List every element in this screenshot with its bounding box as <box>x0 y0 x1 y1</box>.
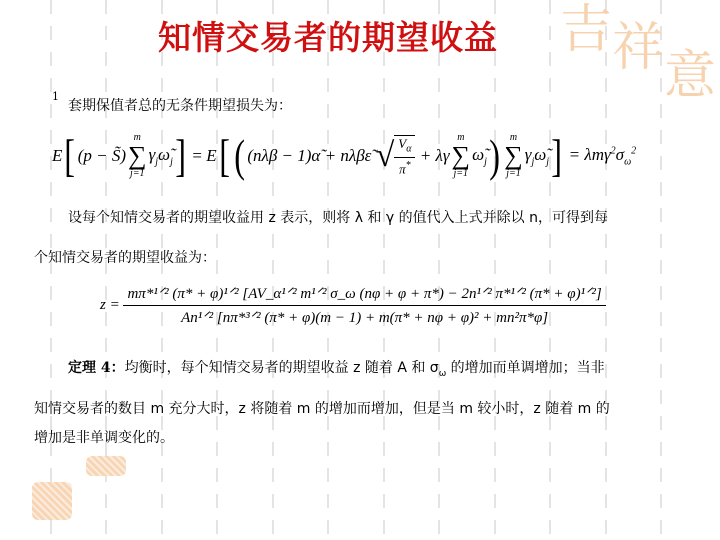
seal-stamp-small <box>86 456 126 476</box>
math-term: (p − S̃) <box>78 146 126 165</box>
corner-calligraphy-decoration: 吉 祥 意 <box>560 0 720 120</box>
square-root: √Vαπ* <box>376 135 416 177</box>
seal-stamp-large <box>32 482 72 520</box>
text-line-1: 套期保值者总的无条件期望损失为： <box>68 96 292 116</box>
theorem-line-2: 知情交易者的数目 m 充分大时，z 将随着 m 的增加而增加，但是当 m 较小时… <box>34 399 610 419</box>
calligraphy-glyph: 祥 <box>612 20 664 76</box>
fraction: mπ*¹ᐟ² (π* + φ)¹ᐟ² [AV_α¹ᐟ² m¹ᐟ² σ_ω (nφ… <box>123 284 605 327</box>
theorem-line-3: 增加是非单调变化的。 <box>34 428 174 448</box>
equation-expected-profit: z = mπ*¹ᐟ² (π* + φ)¹ᐟ² [AV_α¹ᐟ² m¹ᐟ² σ_ω… <box>100 284 606 327</box>
math-symbol: E <box>52 146 62 165</box>
gridline <box>494 0 496 540</box>
gridline <box>50 0 52 540</box>
fraction-denominator: An¹ᐟ² [nπ*³ᐟ² (π* + φ)(m − 1) + m(π* + n… <box>177 306 552 327</box>
item-number: 1 <box>52 90 59 103</box>
gridline <box>549 0 551 540</box>
fraction-numerator: mπ*¹ᐟ² (π* + φ)¹ᐟ² [AV_α¹ᐟ² m¹ᐟ² σ_ω (nφ… <box>123 284 605 306</box>
math-term: (nλβ − 1)α̃ + nλβε̃ <box>247 146 371 165</box>
text-line-3: 个知情交易者的期望收益为： <box>34 248 216 268</box>
gridline <box>161 0 163 540</box>
calligraphy-glyph: 意 <box>664 48 716 104</box>
gridline <box>327 0 329 540</box>
summation: m∑j=1 <box>128 133 147 179</box>
theorem-label: 定理 4： <box>68 360 125 376</box>
theorem-line-1: 定理 4：均衡时，每个知情交易者的期望收益 z 随着 A 和 σω 的增加而单调… <box>68 358 605 384</box>
slide-title: 知情交易者的期望收益 <box>158 12 578 59</box>
math-lhs: z = <box>100 297 120 313</box>
text-line-2: 设每个知情交易者的期望收益用 z 表示，则将 λ 和 γ 的值代入上式并除以 n… <box>68 208 608 228</box>
gridline <box>216 0 218 540</box>
equation-expected-loss: E[(p − S̃)m∑j=1γjω̃j] = E[((nλβ − 1)α̃ +… <box>52 133 636 179</box>
gridline <box>383 0 385 540</box>
gridline <box>272 0 274 540</box>
gridline <box>438 0 440 540</box>
